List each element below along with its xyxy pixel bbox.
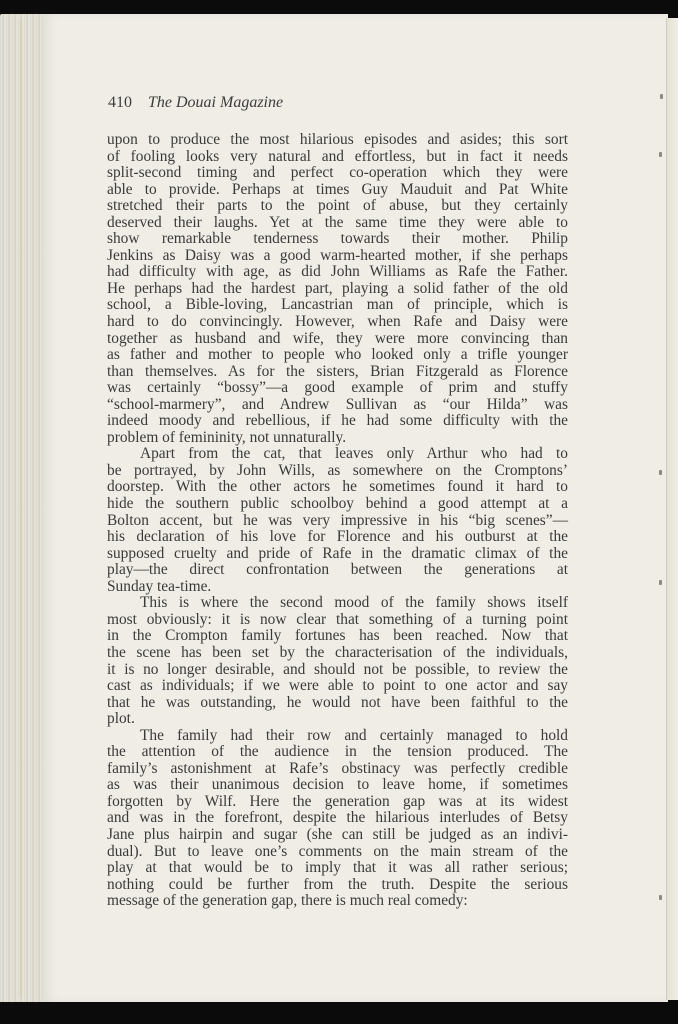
text-line: and was in the forefront, despite the hi… — [107, 810, 568, 827]
text-line: the attention of the audience in the ten… — [107, 744, 568, 761]
text-line: stretched their parts to the point of ab… — [107, 198, 568, 215]
text-line: family’s astonishment at Rafe’s obstinac… — [107, 761, 568, 778]
text-line: of fooling looks very natural and effort… — [107, 149, 568, 166]
text-line: plot. — [107, 711, 568, 728]
article-body: upon to produce the most hilarious episo… — [107, 132, 568, 910]
running-head: 410 The Douai Magazine — [108, 94, 283, 112]
text-line: deserved their laughs. Yet at the same t… — [107, 215, 568, 232]
text-line: was certainly “bossy”—a good example of … — [107, 380, 568, 397]
text-line: be portrayed, by John Wills, as somewher… — [107, 463, 568, 480]
text-line: play—the direct confrontation between th… — [107, 562, 568, 579]
text-line: that he was outstanding, he would not ha… — [107, 695, 568, 712]
paragraph: The family had their row and certainly m… — [107, 728, 568, 910]
text-line: cast as individuals; if we were able to … — [107, 678, 568, 695]
text-line: nothing could be further from the truth.… — [107, 877, 568, 894]
text-line: school, a Bible-loving, Lancastrian man … — [107, 297, 568, 314]
text-line: dual). But to leave one’s comments on th… — [107, 844, 568, 861]
text-line: Bolton accent, but he was very impressiv… — [107, 513, 568, 530]
text-line: Jenkins as Daisy was a good warm-hearted… — [107, 248, 568, 265]
margin-speck — [660, 94, 663, 99]
text-line: forgotten by Wilf. Here the generation g… — [107, 794, 568, 811]
text-line: doorstep. With the other actors he somet… — [107, 479, 568, 496]
text-line: supposed cruelty and pride of Rafe in th… — [107, 546, 568, 563]
text-line: “school-marmery”, and Andrew Sullivan as… — [107, 397, 568, 414]
margin-speck — [659, 895, 662, 900]
text-line: able to provide. Perhaps at times Guy Ma… — [107, 182, 568, 199]
text-line: show remarkable tenderness towards their… — [107, 231, 568, 248]
text-line: the scene has been set by the characteri… — [107, 645, 568, 662]
text-line: hard to do convincingly. However, when R… — [107, 314, 568, 331]
margin-speck — [659, 470, 662, 475]
text-line: Apart from the cat, that leaves only Art… — [107, 446, 568, 463]
publication-title: The Douai Magazine — [148, 94, 283, 111]
text-line: message of the generation gap, there is … — [107, 893, 568, 910]
paragraph: Apart from the cat, that leaves only Art… — [107, 446, 568, 595]
text-line: his declaration of his love for Florence… — [107, 529, 568, 546]
facing-page-edge — [666, 18, 678, 1000]
text-line: upon to produce the most hilarious episo… — [107, 132, 568, 149]
text-line: Sunday tea-time. — [107, 579, 568, 596]
text-line: it is no longer desirable, and should no… — [107, 662, 568, 679]
text-line: problem of femininity, not unnaturally. — [107, 430, 568, 447]
margin-speck — [659, 580, 662, 585]
paragraph: This is where the second mood of the fam… — [107, 595, 568, 727]
text-line: split-second timing and perfect co-opera… — [107, 165, 568, 182]
text-line: play at that would be to imply that it w… — [107, 860, 568, 877]
text-line: as father and mother to people who looke… — [107, 347, 568, 364]
text-line: indeed moody and rebellious, if he had s… — [107, 413, 568, 430]
text-line: The family had their row and certainly m… — [107, 728, 568, 745]
text-line: together as husband and wife, they were … — [107, 331, 568, 348]
text-line: had difficulty with age, as did John Wil… — [107, 264, 568, 281]
text-line: than themselves. As for the sisters, Bri… — [107, 364, 568, 381]
text-line: in the Crompton family fortunes has been… — [107, 628, 568, 645]
text-line: as was their unanimous decision to leave… — [107, 777, 568, 794]
page-number: 410 — [108, 94, 132, 111]
text-line: hide the southern public schoolboy behin… — [107, 496, 568, 513]
page-stack-edges — [0, 14, 48, 1002]
text-line: This is where the second mood of the fam… — [107, 595, 568, 612]
text-line: He perhaps had the hardest part, playing… — [107, 281, 568, 298]
text-line: most obviously: it is now clear that som… — [107, 612, 568, 629]
margin-speck — [659, 152, 662, 157]
paragraph: upon to produce the most hilarious episo… — [107, 132, 568, 446]
text-line: Jane plus hairpin and sugar (she can sti… — [107, 827, 568, 844]
